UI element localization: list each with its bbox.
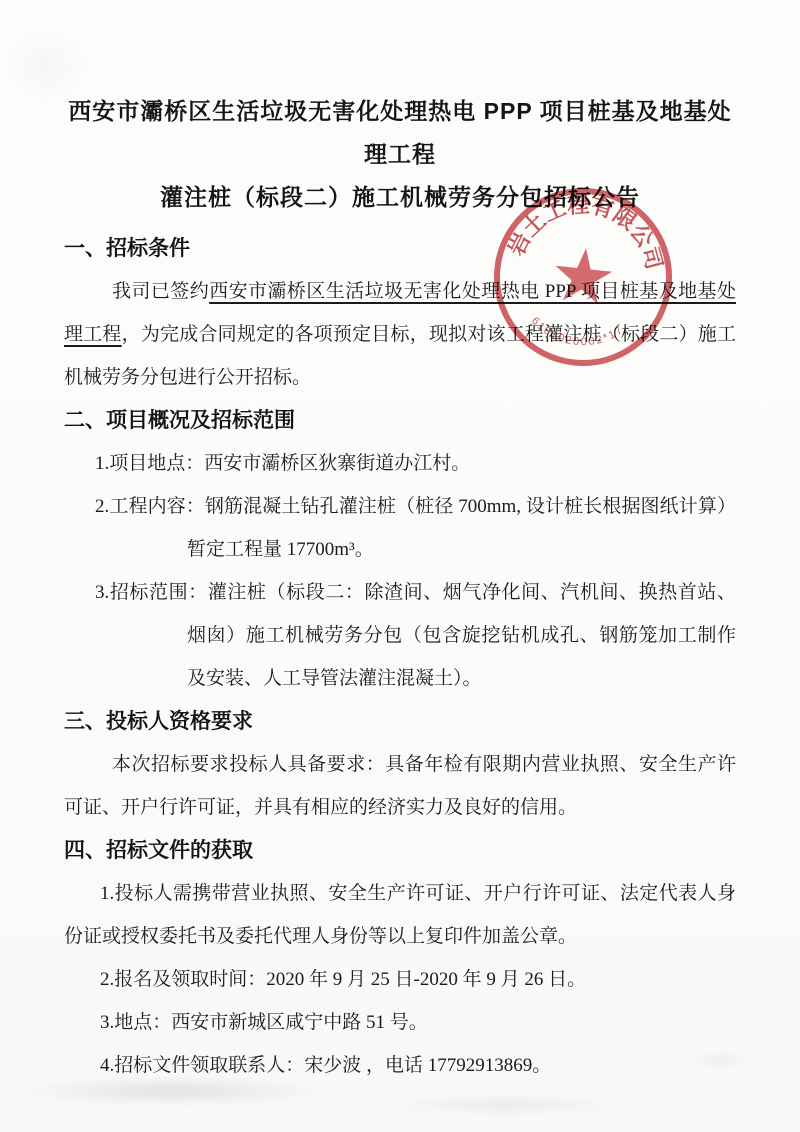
scan-smudge: [390, 1095, 620, 1115]
list-item-contact: 4.招标文件领取联系人：宋少波 ，电话 17792913869。: [64, 1044, 736, 1087]
section-4-heading: 四、招标文件的获取: [64, 829, 736, 872]
list-item-documents-required: 1.投标人需携带营业执照、安全生产许可证、开户行许可证、法定代表人身份证或授权委…: [64, 872, 736, 958]
document-page: 西安市灞桥区生活垃圾无害化处理热电 PPP 项目桩基及地基处理工程 灌注桩（标段…: [0, 0, 800, 1132]
list-item-project-location: 1.项目地点：西安市灞桥区狄寨街道办江村。: [64, 442, 736, 485]
item-text: 灌注桩（标段二：除渣间、烟气净化间、汽机间、换热首站、烟囱）施工机械劳务分包（包…: [187, 582, 736, 689]
section-1-paragraph: 我司已签约西安市灞桥区生活垃圾无害化处理热电 PPP 项目桩基及地基处理工程，为…: [64, 270, 736, 399]
item-label: 2.工程内容：: [95, 496, 205, 517]
list-item-registration-time: 2.报名及领取时间：2020 年 9 月 25 日-2020 年 9 月 26 …: [64, 958, 736, 1001]
paragraph-intro: 我司已签约: [112, 281, 209, 302]
item-text: 西安市灞桥区狄寨街道办江村。: [204, 453, 470, 474]
list-item-address: 3.地点：西安市新城区咸宁中路 51 号。: [64, 1001, 736, 1044]
item-text: 钢筋混凝土钻孔灌注桩（桩径 700mm, 设计桩长根据图纸计算）暂定工程量 17…: [187, 496, 736, 560]
title-line-1: 西安市灞桥区生活垃圾无害化处理热电 PPP 项目桩基及地基处理工程: [68, 98, 731, 167]
item-label: 3.招标范围：: [95, 582, 208, 603]
item-label: 1.项目地点：: [95, 453, 204, 474]
section-3-heading: 三、投标人资格要求: [64, 700, 736, 743]
list-item-bid-scope: 3.招标范围：灌注桩（标段二：除渣间、烟气净化间、汽机间、换热首站、烟囱）施工机…: [64, 571, 736, 700]
document-title: 西安市灞桥区生活垃圾无害化处理热电 PPP 项目桩基及地基处理工程 灌注桩（标段…: [64, 90, 736, 219]
section-3-paragraph: 本次招标要求投标人具备要求：具备年检有限期内营业执照、安全生产许可证、开户行许可…: [64, 743, 736, 829]
list-item-work-content: 2.工程内容：钢筋混凝土钻孔灌注桩（桩径 700mm, 设计桩长根据图纸计算）暂…: [64, 485, 736, 571]
section-2-heading: 二、项目概况及招标范围: [64, 399, 736, 442]
section-1-heading: 一、招标条件: [64, 227, 736, 270]
paragraph-rest: ，为完成合同规定的各项预定目标，现拟对该工程灌注桩（标段二）施工机械劳务分包进行…: [64, 324, 736, 388]
title-line-2: 灌注桩（标段二）施工机械劳务分包招标公告: [160, 184, 640, 210]
